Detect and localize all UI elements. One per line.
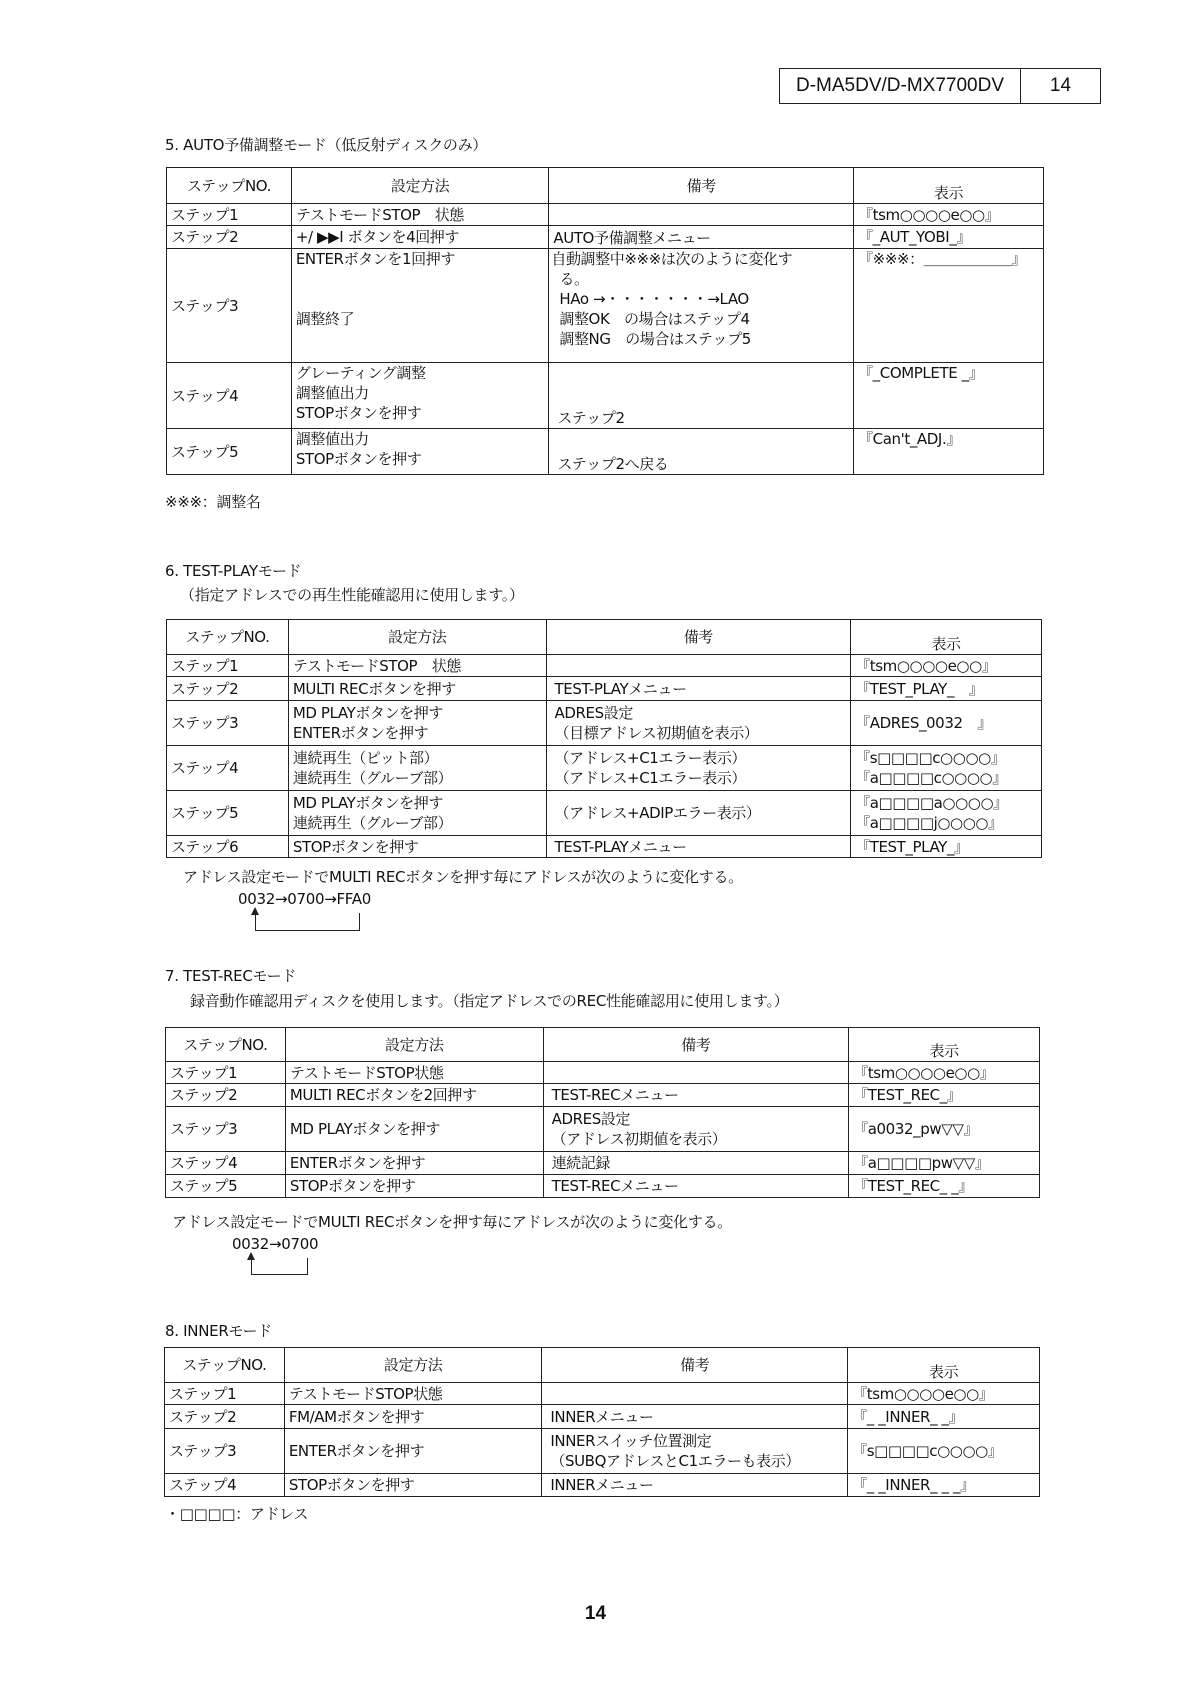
table-header-row: ステップNO. 設定方法 備考 表示: [165, 1348, 1040, 1383]
table-test-play: ステップNO. 設定方法 備考 表示 ステップ1 テストモードSTOP 状態 『…: [166, 619, 1042, 858]
table-row: ステップ1 テストモードSTOP 状態 『tsm○○○○e○○』: [167, 204, 1044, 226]
loop-back-line: [251, 1258, 308, 1275]
display-cell: 『tsm○○○○e○○』: [854, 204, 1044, 226]
remarks-cell: [546, 655, 851, 677]
table-header-row: ステップNO. 設定方法 備考 表示: [167, 168, 1044, 204]
step-cell: ステップ2: [167, 226, 292, 249]
remarks-cell: [543, 1062, 849, 1084]
method-line: ENTERボタンを押す: [293, 723, 542, 743]
section-6-subtitle: （指定アドレスでの再生性能確認用に使用します。）: [180, 584, 524, 605]
note-adjust-name: ※※※：調整名: [165, 491, 261, 512]
step-cell: ステップ3: [167, 249, 292, 363]
table-row: ステップ5 MD PLAYボタンを押す 連続再生（グルーブ部） （アドレス+AD…: [167, 791, 1042, 836]
remarks-cell: ステップ2: [549, 363, 854, 429]
display-cell: 『a0032_pw▽▽』: [849, 1107, 1040, 1152]
method-cell: ENTERボタンを1回押す 調整終了: [291, 249, 549, 363]
remarks-cell: 連続記録: [543, 1152, 849, 1175]
remarks-cell: [542, 1383, 848, 1405]
model-number: D-MA5DV/D-MX7700DV: [780, 69, 1021, 103]
step-cell: ステップ2: [165, 1405, 285, 1429]
spacer: [296, 269, 545, 289]
document-header: D-MA5DV/D-MX7700DV 14: [779, 68, 1101, 104]
display-line: 『a□□□□j○○○○』: [855, 813, 1037, 833]
section-7-title: 7. TEST-RECモード: [165, 965, 296, 986]
method-cell: MD PLAYボタンを押す ENTERボタンを押す: [288, 701, 546, 746]
note-address-legend: ・□□□□：アドレス: [165, 1503, 308, 1524]
remarks-line: HAo →・・・・・・・→LAO: [551, 289, 849, 309]
remarks-line: （アドレス初期値を表示）: [552, 1129, 845, 1149]
table-row: ステップ2 MULTI RECボタンを2回押す TEST-RECメニュー 『TE…: [166, 1084, 1040, 1107]
remarks-line: （目標アドレス初期値を表示）: [555, 723, 847, 743]
step-cell: ステップ4: [166, 1152, 286, 1175]
col-method: 設定方法: [284, 1348, 542, 1383]
step-cell: ステップ2: [167, 677, 289, 701]
section-8-title: 8. INNERモード: [165, 1320, 272, 1341]
step-cell: ステップ1: [166, 1062, 286, 1084]
table-row: ステップ2 FM/AMボタンを押す INNERメニュー 『_ _INNER_ _…: [165, 1405, 1040, 1429]
remarks-cell: （アドレス+C1エラー表示） （アドレス+C1エラー表示）: [546, 746, 851, 791]
display-cell: 『TEST_REC_ _』: [849, 1175, 1040, 1198]
method-line: MD PLAYボタンを押す: [293, 703, 542, 723]
address-sequence: 0032→0700→FFA0: [238, 890, 371, 908]
display-cell: 『a□□□□pw▽▽』: [849, 1152, 1040, 1175]
remarks-line: （SUBQアドレスとC1エラーも表示）: [550, 1451, 843, 1471]
note-address-change: アドレス設定モードでMULTI RECボタンを押す毎にアドレスが次のように変化す…: [183, 866, 743, 887]
col-step-no: ステップNO.: [166, 1028, 286, 1062]
col-remarks: 備考: [546, 620, 851, 655]
method-cell: グレーティング調整 調整値出力 STOPボタンを押す: [291, 363, 549, 429]
display-cell: 『tsm○○○○e○○』: [849, 1062, 1040, 1084]
remarks-cell: TEST-RECメニュー: [543, 1175, 849, 1198]
method-cell: 調整値出力 STOPボタンを押す: [291, 429, 549, 475]
table-auto-adjust: ステップNO. 設定方法 備考 表示 ステップ1 テストモードSTOP 状態 『…: [166, 167, 1044, 475]
table-row: ステップ2 MULTI RECボタンを押す TEST-PLAYメニュー 『TES…: [167, 677, 1042, 701]
method-line: STOPボタンを押す: [296, 403, 545, 423]
col-step-no: ステップNO.: [167, 620, 289, 655]
table-row: ステップ3 ENTERボタンを押す INNERスイッチ位置測定 （SUBQアドレ…: [165, 1429, 1040, 1474]
method-line: MD PLAYボタンを押す: [293, 793, 542, 813]
method-cell: テストモードSTOP状態: [285, 1062, 543, 1084]
remarks-line: 自動調整中※※※は次のように変化す: [551, 249, 849, 269]
col-remarks: 備考: [549, 168, 854, 204]
col-display: 表示: [849, 1028, 1040, 1062]
step-cell: ステップ1: [167, 655, 289, 677]
remarks-line: ADRES設定: [555, 703, 847, 723]
remarks-cell: ADRES設定 （目標アドレス初期値を表示）: [546, 701, 851, 746]
col-remarks: 備考: [542, 1348, 848, 1383]
step-cell: ステップ5: [167, 429, 292, 475]
col-method: 設定方法: [288, 620, 546, 655]
table-row: ステップ3 MD PLAYボタンを押す ENTERボタンを押す ADRES設定 …: [167, 701, 1042, 746]
method-cell: STOPボタンを押す: [285, 1175, 543, 1198]
remarks-cell: INNERスイッチ位置測定 （SUBQアドレスとC1エラーも表示）: [542, 1429, 848, 1474]
remarks-cell: TEST-RECメニュー: [543, 1084, 849, 1107]
display-cell: 『_COMPLETE _』: [854, 363, 1044, 429]
display-cell: 『tsm○○○○e○○』: [848, 1383, 1040, 1405]
display-cell: 『tsm○○○○e○○』: [851, 655, 1042, 677]
method-line: 調整値出力: [296, 429, 545, 449]
method-cell: MULTI RECボタンを押す: [288, 677, 546, 701]
display-cell: 『Can't_ADJ.』: [854, 429, 1044, 475]
method-line: グレーティング調整: [296, 363, 545, 383]
remarks-cell: （アドレス+ADIPエラー表示）: [546, 791, 851, 836]
display-cell: 『_ _INNER_ _』: [848, 1405, 1040, 1429]
display-cell: 『s□□□□c○○○○』 『a□□□□c○○○○』: [851, 746, 1042, 791]
table-row: ステップ4 STOPボタンを押す INNERメニュー 『_ _INNER_ _ …: [165, 1474, 1040, 1497]
step-cell: ステップ6: [167, 836, 289, 858]
display-cell: 『TEST_REC_』: [849, 1084, 1040, 1107]
table-row: ステップ4 グレーティング調整 調整値出力 STOPボタンを押す ステップ2 『…: [167, 363, 1044, 429]
col-display: 表示: [854, 168, 1044, 204]
method-line: 連続再生（グルーブ部）: [293, 813, 542, 833]
method-cell: テストモードSTOP 状態: [291, 204, 549, 226]
method-cell: +/ ▶▶I ボタンを4回押す: [291, 226, 549, 249]
col-remarks: 備考: [543, 1028, 849, 1062]
method-cell: MD PLAYボタンを押す 連続再生（グルーブ部）: [288, 791, 546, 836]
table-header-row: ステップNO. 設定方法 備考 表示: [167, 620, 1042, 655]
remarks-cell: AUTO予備調整メニュー: [549, 226, 854, 249]
remarks-cell: TEST-PLAYメニュー: [546, 836, 851, 858]
section-7-subtitle: 録音動作確認用ディスクを使用します。（指定アドレスでのREC性能確認用に使用しま…: [190, 990, 788, 1011]
step-cell: ステップ3: [165, 1429, 285, 1474]
step-cell: ステップ1: [165, 1383, 285, 1405]
table-row: ステップ1 テストモードSTOP状態 『tsm○○○○e○○』: [166, 1062, 1040, 1084]
display-cell: 『_ _INNER_ _ _』: [848, 1474, 1040, 1497]
method-cell: STOPボタンを押す: [288, 836, 546, 858]
table-row: ステップ2 +/ ▶▶I ボタンを4回押す AUTO予備調整メニュー 『_AUT…: [167, 226, 1044, 249]
remarks-line: INNERスイッチ位置測定: [550, 1431, 843, 1451]
table-row: ステップ6 STOPボタンを押す TEST-PLAYメニュー 『TEST_PLA…: [167, 836, 1042, 858]
step-cell: ステップ3: [167, 701, 289, 746]
method-cell: MULTI RECボタンを2回押す: [285, 1084, 543, 1107]
table-test-rec: ステップNO. 設定方法 備考 表示 ステップ1 テストモードSTOP状態 『t…: [165, 1027, 1040, 1198]
remarks-line: 調整NG の場合はステップ5: [551, 329, 849, 349]
table-row: ステップ5 調整値出力 STOPボタンを押す ステップ2へ戻る 『Can't_A…: [167, 429, 1044, 475]
method-line: STOPボタンを押す: [296, 449, 545, 469]
display-cell: 『_AUT_YOBI_』: [854, 226, 1044, 249]
display-line: 『a□□□□a○○○○』: [855, 793, 1037, 813]
remarks-cell: TEST-PLAYメニュー: [546, 677, 851, 701]
table-header-row: ステップNO. 設定方法 備考 表示: [166, 1028, 1040, 1062]
footer-page-number: 14: [0, 1603, 1191, 1625]
method-line: 連続再生（グルーブ部）: [293, 768, 542, 788]
table-row: ステップ5 STOPボタンを押す TEST-RECメニュー 『TEST_REC_…: [166, 1175, 1040, 1198]
remarks-cell: [549, 204, 854, 226]
method-line: 調整終了: [296, 309, 545, 329]
display-line: 『s□□□□c○○○○』: [855, 748, 1037, 768]
display-cell: 『TEST_PLAY_』: [851, 836, 1042, 858]
section-5-title: 5. AUTO予備調整モード（低反射ディスクのみ）: [165, 134, 487, 155]
table-inner: ステップNO. 設定方法 備考 表示 ステップ1 テストモードSTOP状態 『t…: [164, 1347, 1040, 1497]
col-method: 設定方法: [285, 1028, 543, 1062]
col-step-no: ステップNO.: [165, 1348, 285, 1383]
address-sequence: 0032→0700: [232, 1235, 318, 1253]
remarks-line: る。: [551, 269, 849, 289]
arrow-up-icon: [251, 907, 259, 915]
section-6-title: 6. TEST-PLAYモード: [165, 560, 301, 581]
note-address-change: アドレス設定モードでMULTI RECボタンを押す毎にアドレスが次のように変化す…: [172, 1211, 732, 1232]
method-line: 連続再生（ピット部）: [293, 748, 542, 768]
method-cell: ENTERボタンを押す: [285, 1152, 543, 1175]
method-cell: FM/AMボタンを押す: [284, 1405, 542, 1429]
remarks-cell: ステップ2へ戻る: [549, 429, 854, 475]
table-row: ステップ1 テストモードSTOP状態 『tsm○○○○e○○』: [165, 1383, 1040, 1405]
method-cell: テストモードSTOP状態: [284, 1383, 542, 1405]
table-row: ステップ4 連続再生（ピット部） 連続再生（グルーブ部） （アドレス+C1エラー…: [167, 746, 1042, 791]
step-cell: ステップ1: [167, 204, 292, 226]
arrow-up-icon: [247, 1252, 255, 1260]
col-step-no: ステップNO.: [167, 168, 292, 204]
method-cell: MD PLAYボタンを押す: [285, 1107, 543, 1152]
step-cell: ステップ4: [167, 746, 289, 791]
col-display: 表示: [851, 620, 1042, 655]
remarks-line: （アドレス+C1エラー表示）: [555, 748, 847, 768]
display-line: 『a□□□□c○○○○』: [855, 768, 1037, 788]
header-page-number: 14: [1021, 69, 1100, 103]
step-cell: ステップ5: [167, 791, 289, 836]
col-display: 表示: [848, 1348, 1040, 1383]
remarks-line: 調整OK の場合はステップ4: [551, 309, 849, 329]
table-row: ステップ3 MD PLAYボタンを押す ADRES設定 （アドレス初期値を表示）…: [166, 1107, 1040, 1152]
step-cell: ステップ4: [165, 1474, 285, 1497]
method-line: ENTERボタンを1回押す: [296, 249, 545, 269]
method-cell: ENTERボタンを押す: [284, 1429, 542, 1474]
loop-back-line: [255, 913, 360, 931]
display-cell: 『ADRES_0032 』: [851, 701, 1042, 746]
col-method: 設定方法: [291, 168, 549, 204]
table-row: ステップ1 テストモードSTOP 状態 『tsm○○○○e○○』: [167, 655, 1042, 677]
method-cell: テストモードSTOP 状態: [288, 655, 546, 677]
step-cell: ステップ5: [166, 1175, 286, 1198]
remarks-cell: 自動調整中※※※は次のように変化す る。 HAo →・・・・・・・→LAO 調整…: [549, 249, 854, 363]
display-cell: 『a□□□□a○○○○』 『a□□□□j○○○○』: [851, 791, 1042, 836]
table-row: ステップ3 ENTERボタンを1回押す 調整終了 自動調整中※※※は次のように変…: [167, 249, 1044, 363]
step-cell: ステップ4: [167, 363, 292, 429]
method-cell: 連続再生（ピット部） 連続再生（グルーブ部）: [288, 746, 546, 791]
step-cell: ステップ3: [166, 1107, 286, 1152]
remarks-cell: INNERメニュー: [542, 1474, 848, 1497]
remarks-cell: INNERメニュー: [542, 1405, 848, 1429]
spacer: [296, 289, 545, 309]
remarks-cell: ADRES設定 （アドレス初期値を表示）: [543, 1107, 849, 1152]
display-cell: 『※※※：＿＿＿＿＿＿』: [854, 249, 1044, 363]
remarks-line: ADRES設定: [552, 1109, 845, 1129]
display-cell: 『s□□□□c○○○○』: [848, 1429, 1040, 1474]
method-line: 調整値出力: [296, 383, 545, 403]
remarks-line: （アドレス+C1エラー表示）: [555, 768, 847, 788]
method-cell: STOPボタンを押す: [284, 1474, 542, 1497]
table-row: ステップ4 ENTERボタンを押す 連続記録 『a□□□□pw▽▽』: [166, 1152, 1040, 1175]
step-cell: ステップ2: [166, 1084, 286, 1107]
display-cell: 『TEST_PLAY_ 』: [851, 677, 1042, 701]
